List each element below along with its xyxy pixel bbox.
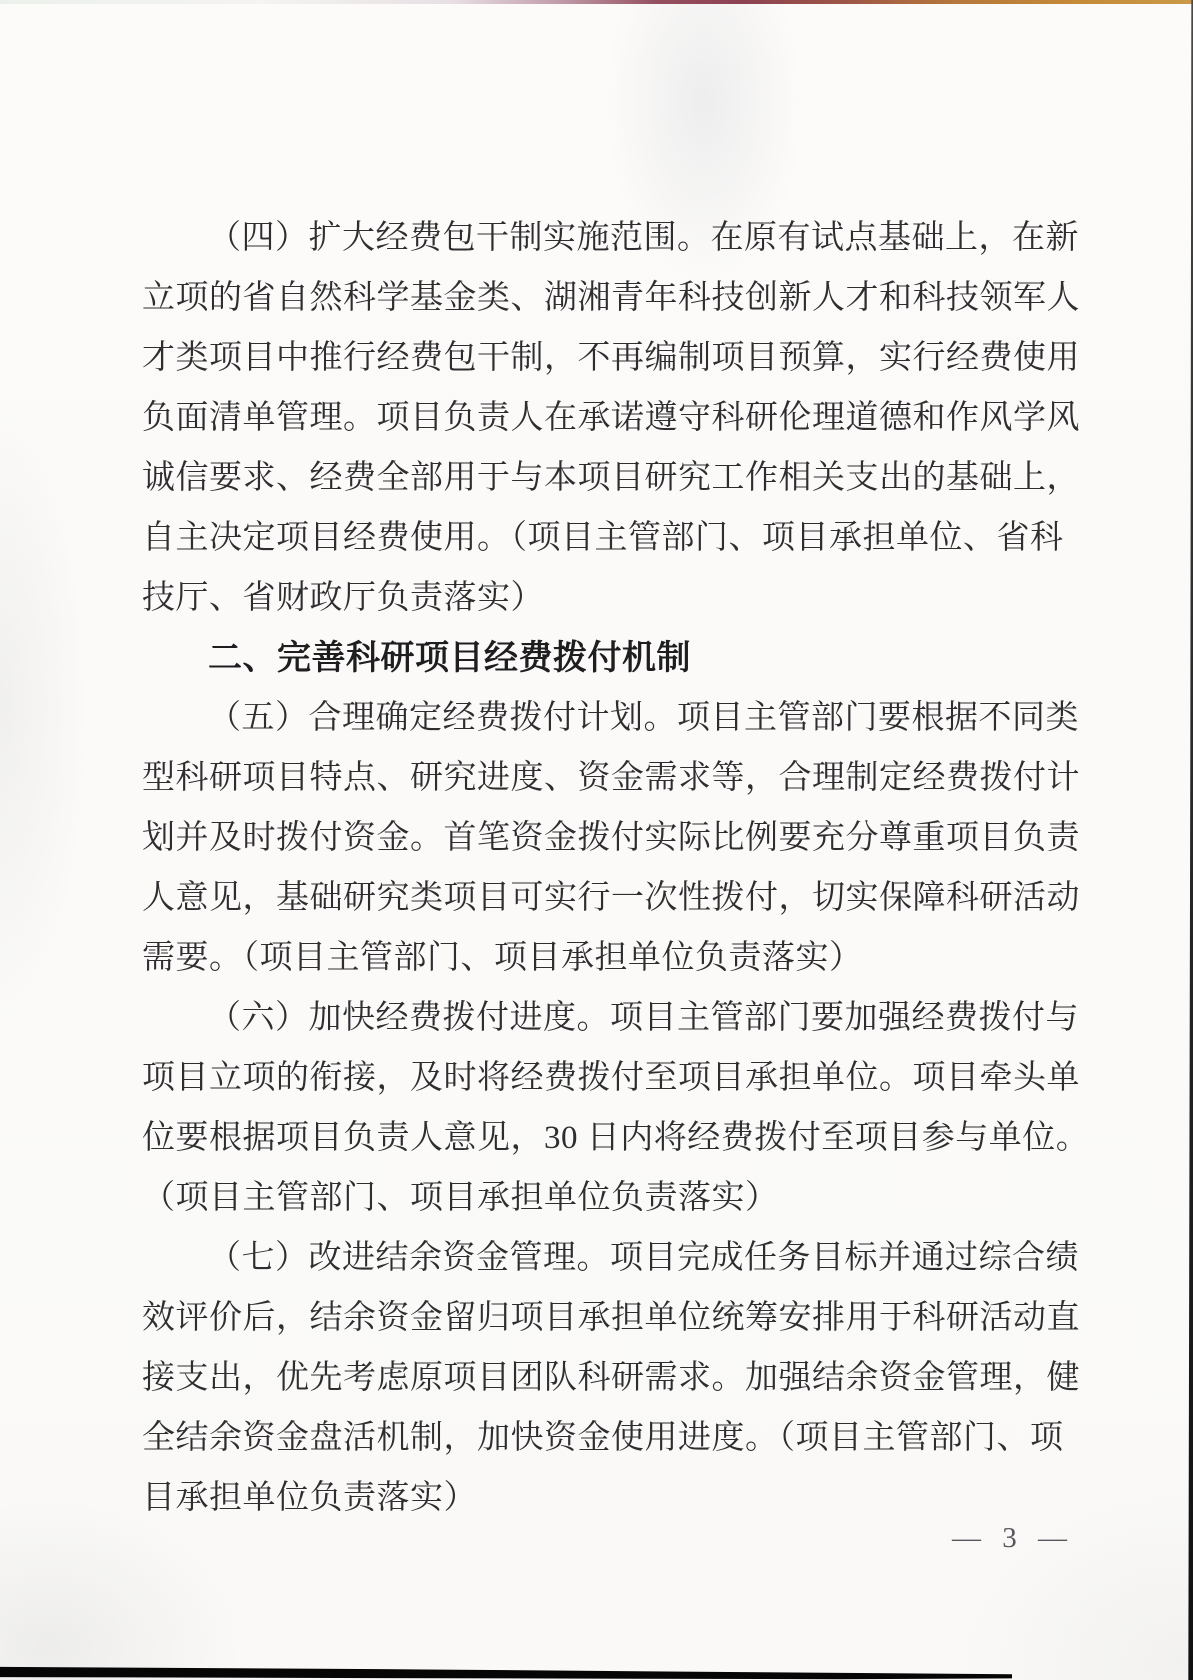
paragraph-line: （五）合理确定经费拨付计划。项目主管部门要根据不同类 bbox=[142, 688, 1063, 748]
scan-top-edge-artifact bbox=[0, 0, 1193, 4]
section-heading: 二、完善科研项目经费拨付机制 bbox=[142, 628, 1063, 688]
paragraph-line: 人意见，基础研究类项目可实行一次性拨付，切实保障科研活动 bbox=[142, 868, 1063, 928]
paragraph-line: 目承担单位负责落实） bbox=[142, 1468, 1063, 1528]
paragraph-line: 全结余资金盘活机制，加快资金使用进度。（项目主管部门、项 bbox=[142, 1408, 1063, 1468]
page-number: — 3 — bbox=[952, 1518, 1152, 1558]
paragraph-line: 诚信要求、经费全部用于与本项目研究工作相关支出的基础上， bbox=[142, 448, 1063, 508]
paragraph-line: （四）扩大经费包干制实施范围。在原有试点基础上，在新 bbox=[142, 208, 1063, 268]
document-page: （四）扩大经费包干制实施范围。在原有试点基础上，在新 立项的省自然科学基金类、湖… bbox=[0, 0, 1193, 1680]
paragraph-line: 效评价后，结余资金留归项目承担单位统筹安排用于科研活动直 bbox=[142, 1288, 1063, 1348]
paragraph-line: 负面清单管理。项目负责人在承诺遵守科研伦理道德和作风学风 bbox=[142, 388, 1063, 448]
scan-right-edge-artifact bbox=[1187, 0, 1193, 1680]
scan-bottom-edge-artifact bbox=[0, 1664, 1012, 1680]
paragraph-line: 型科研项目特点、研究进度、资金需求等，合理制定经费拨付计 bbox=[142, 748, 1063, 808]
paragraph-line: 划并及时拨付资金。首笔资金拨付实际比例要充分尊重项目负责 bbox=[142, 808, 1063, 868]
paragraph-line: 立项的省自然科学基金类、湖湘青年科技创新人才和科技领军人 bbox=[142, 268, 1063, 328]
paragraph-line: 位要根据项目负责人意见，30 日内将经费拨付至项目参与单位。 bbox=[142, 1108, 1063, 1168]
paragraph-line: 才类项目中推行经费包干制，不再编制项目预算，实行经费使用 bbox=[142, 328, 1063, 388]
paragraph-line: （项目主管部门、项目承担单位负责落实） bbox=[142, 1168, 1063, 1228]
paragraph-line: 项目立项的衔接，及时将经费拨付至项目承担单位。项目牵头单 bbox=[142, 1048, 1063, 1108]
document-body: （四）扩大经费包干制实施范围。在原有试点基础上，在新 立项的省自然科学基金类、湖… bbox=[142, 208, 1063, 1528]
paragraph-line: 技厅、省财政厅负责落实） bbox=[142, 568, 1063, 628]
paragraph-line: 接支出，优先考虑原项目团队科研需求。加强结余资金管理，健 bbox=[142, 1348, 1063, 1408]
paragraph-line: （七）改进结余资金管理。项目完成任务目标并通过综合绩 bbox=[142, 1228, 1063, 1288]
paragraph-line: （六）加快经费拨付进度。项目主管部门要加强经费拨付与 bbox=[142, 988, 1063, 1048]
paragraph-line: 自主决定项目经费使用。（项目主管部门、项目承担单位、省科 bbox=[142, 508, 1063, 568]
paragraph-line: 需要。（项目主管部门、项目承担单位负责落实） bbox=[142, 928, 1063, 988]
